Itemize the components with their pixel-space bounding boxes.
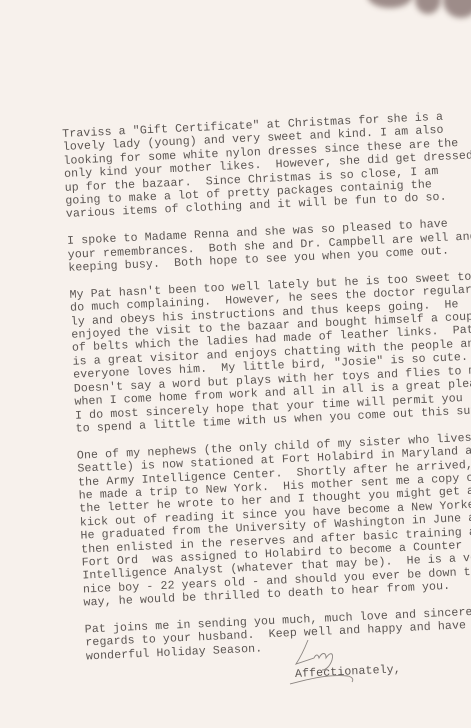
paragraph-gift-certificate: Traviss a "Gift Certificate" at Christma… — [62, 110, 466, 222]
paragraph-madame-renna: I spoke to Madame Renna and she was so p… — [67, 217, 468, 275]
letter-page: Traviss a "Gift Certificate" at Christma… — [0, 0, 471, 728]
ink-stain — [347, 0, 471, 22]
letter-body: Traviss a "Gift Certificate" at Christma… — [62, 110, 471, 691]
paragraph-regards: Pat joins me in sending you much, much l… — [84, 605, 471, 663]
handwritten-signature — [286, 636, 366, 696]
paragraph-pat: My Pat hasn't been too well lately but h… — [69, 271, 471, 436]
paragraph-nephew: One of my nephews (the only child of my … — [77, 431, 471, 610]
